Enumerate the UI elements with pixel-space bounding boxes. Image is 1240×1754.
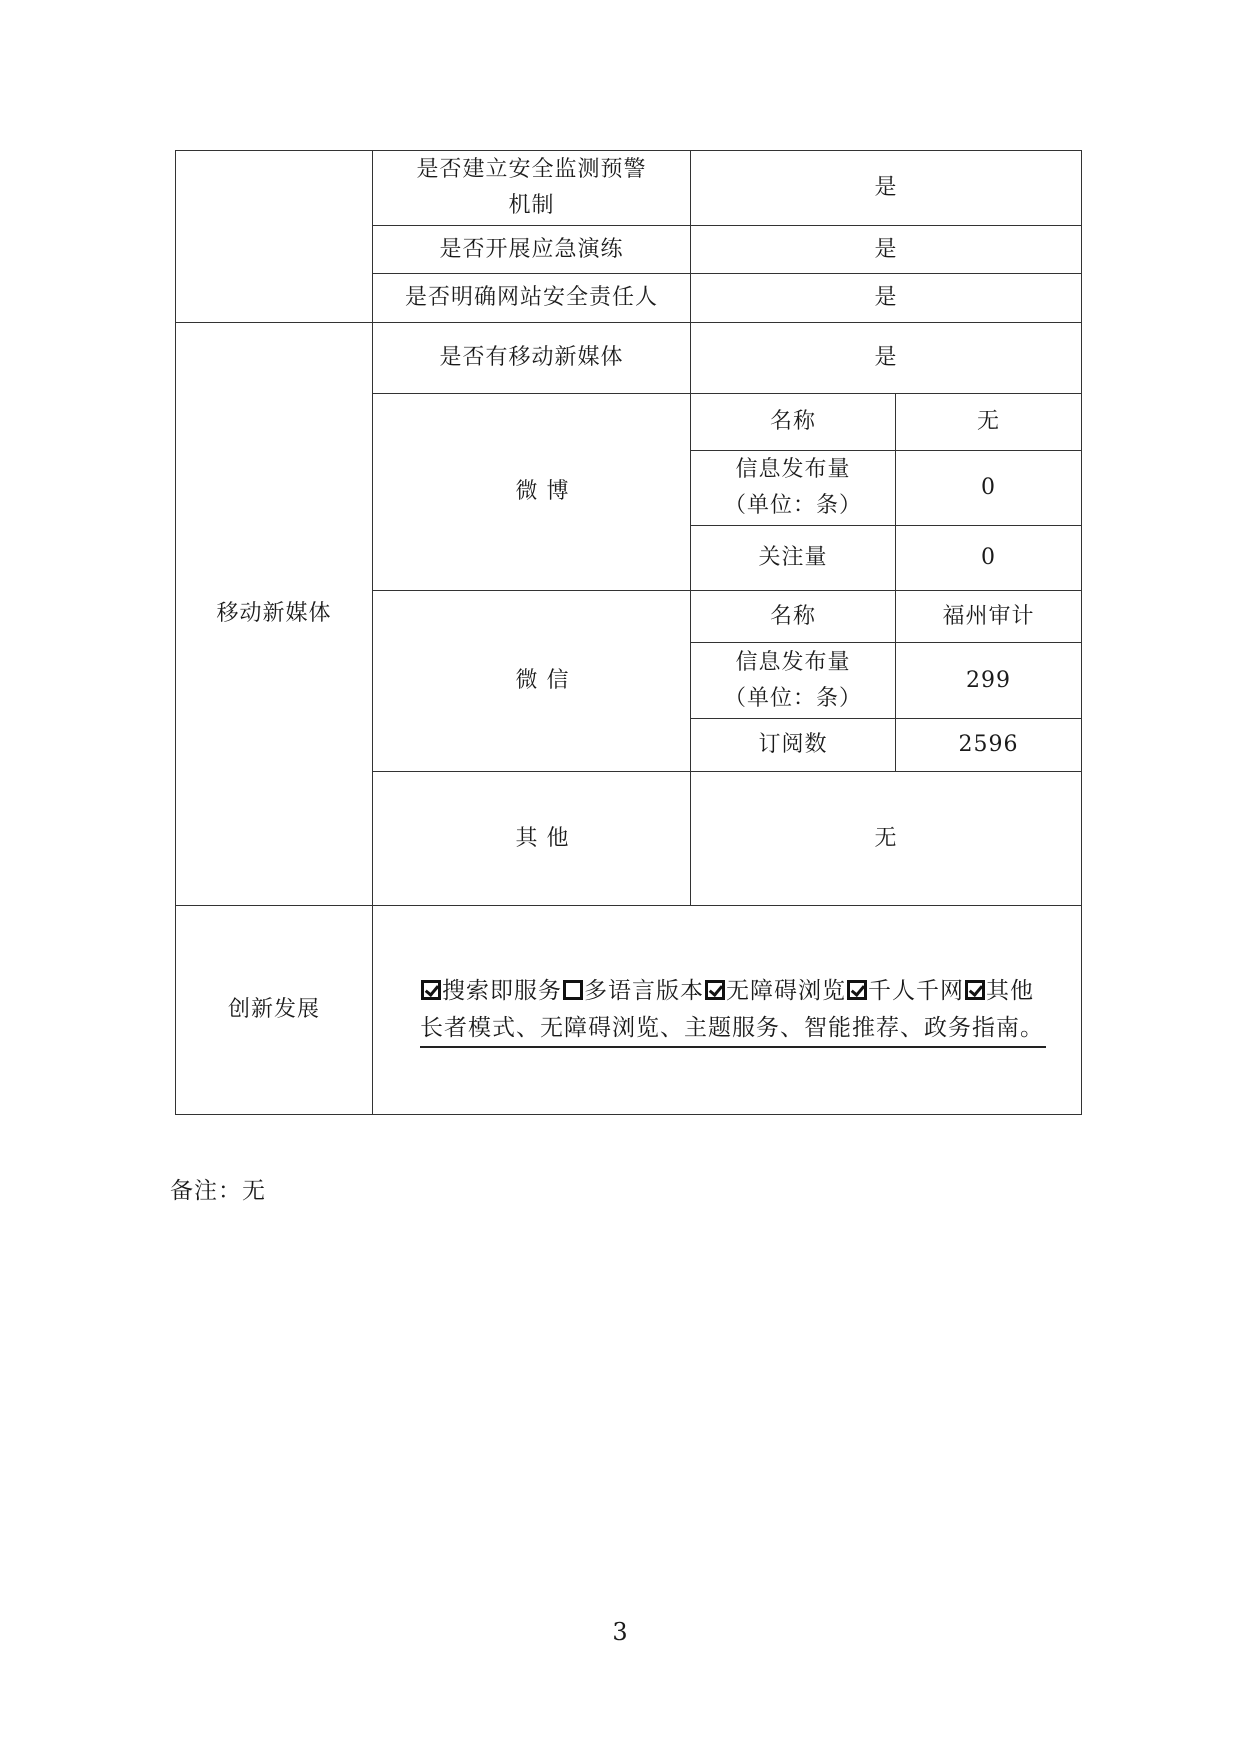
website-report-table: 是否建立安全监测预警 机制 是 是否开展应急演练 是 是否明确网站安全责任人 是…: [175, 150, 1082, 1115]
checkbox-other[interactable]: [965, 980, 985, 1000]
field-value: 福州审计: [896, 591, 1082, 643]
other-media-value: 无: [691, 772, 1082, 906]
wechat-label: 微 信: [373, 591, 691, 772]
checkbox-search-as-service[interactable]: [421, 980, 441, 1000]
security-section-cell: [176, 151, 373, 323]
field-label: 关注量: [691, 526, 896, 591]
row-value: 是: [691, 226, 1082, 274]
field-value: 无: [896, 394, 1082, 451]
row-label: 是否明确网站安全责任人: [373, 274, 691, 323]
field-label: 订阅数: [691, 719, 896, 772]
innovation-checkbox-list: 搜索即服务多语言版本无障碍浏览千人千网其他: [420, 972, 1069, 1010]
checkbox-personalized[interactable]: [847, 980, 867, 1000]
mobile-media-section-label: 移动新媒体: [176, 323, 373, 906]
row-label: 是否建立安全监测预警 机制: [373, 151, 691, 226]
row-label: 是否有移动新媒体: [373, 323, 691, 394]
field-value: 2596: [896, 719, 1082, 772]
field-value: 0: [896, 526, 1082, 591]
table-row: 是否建立安全监测预警 机制 是: [176, 151, 1082, 226]
innovation-section-label: 创新发展: [176, 906, 373, 1115]
weibo-label: 微 博: [373, 394, 691, 591]
row-value: 是: [691, 274, 1082, 323]
other-media-label: 其 他: [373, 772, 691, 906]
field-label: 名称: [691, 394, 896, 451]
remark-text: 备注：无: [170, 1172, 266, 1205]
table-row: 创新发展 搜索即服务多语言版本无障碍浏览千人千网其他 长者模式、无障碍浏览、主题…: [176, 906, 1082, 1115]
field-value: 0: [896, 451, 1082, 526]
innovation-options-cell: 搜索即服务多语言版本无障碍浏览千人千网其他 长者模式、无障碍浏览、主题服务、智能…: [373, 906, 1082, 1115]
field-label: 名称: [691, 591, 896, 643]
checkbox-multilingual[interactable]: [563, 980, 583, 1000]
table-row: 移动新媒体 是否有移动新媒体 是: [176, 323, 1082, 394]
row-label: 是否开展应急演练: [373, 226, 691, 274]
document-page: 是否建立安全监测预警 机制 是 是否开展应急演练 是 是否明确网站安全责任人 是…: [0, 0, 1240, 1754]
row-value: 是: [691, 151, 1082, 226]
field-value: 299: [896, 643, 1082, 719]
field-label: 信息发布量 （单位：条）: [691, 451, 896, 526]
field-label: 信息发布量 （单位：条）: [691, 643, 896, 719]
checkbox-accessibility[interactable]: [705, 980, 725, 1000]
row-value: 是: [691, 323, 1082, 394]
page-number: 3: [0, 1618, 1240, 1646]
innovation-other-detail: 长者模式、无障碍浏览、主题服务、智能推荐、政务指南。: [420, 1010, 1046, 1048]
